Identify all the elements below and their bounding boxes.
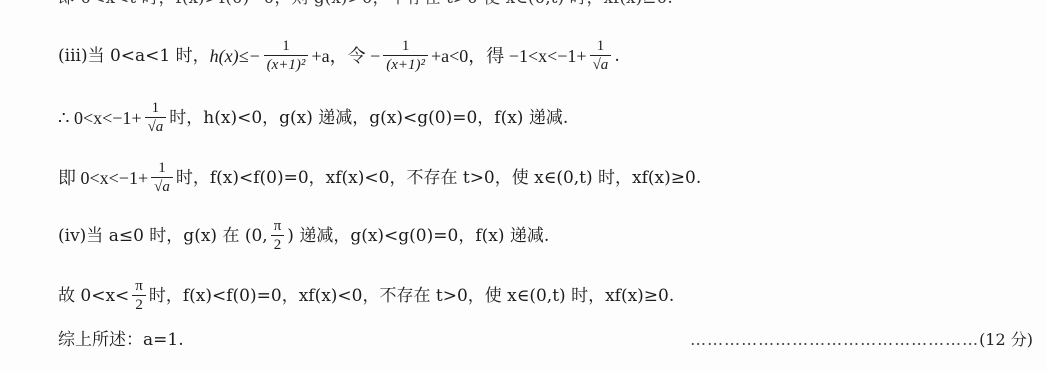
fraction: 1 √a xyxy=(145,100,167,136)
line-text: 时，f(x)<f(0)=0，xf(x)<0，不存在 t>0，使 x∈(0,t) … xyxy=(176,168,701,188)
fraction-numerator: π xyxy=(271,218,285,235)
math-text: +a<0，得 −1<x<−1+ xyxy=(431,46,587,66)
fraction-numerator: 1 xyxy=(155,160,169,177)
fraction: 1 (x+1)² xyxy=(383,38,428,74)
conclusion-line: 综上所述：a=1. xyxy=(58,330,184,350)
fraction-numerator: 1 xyxy=(399,38,413,55)
fraction-denominator: √a xyxy=(151,177,173,196)
fraction: 1 √a xyxy=(590,38,612,74)
fraction-numerator: π xyxy=(132,278,146,295)
line-text: ) 递减，g(x)<g(0)=0，f(x) 递减. xyxy=(287,226,549,246)
period: . xyxy=(614,46,619,66)
case-iii-line: (iii)当 0<a<1 时， h(x)≤− 1 (x+1)² +a，令 − 1… xyxy=(58,38,620,74)
solution-page: 即 0<x<t 时，f(x)>f(0)=0，则 g(x)>0，不存在 t>0 使… xyxy=(0,0,1047,373)
case-iv-line: (iv)当 a≤0 时，g(x) 在 (0, π 2 ) 递减，g(x)<g(0… xyxy=(58,218,549,254)
math-text: +a，令 − xyxy=(311,46,380,66)
fraction-denominator: 2 xyxy=(271,235,285,254)
fraction: π 2 xyxy=(271,218,285,254)
fraction-denominator: (x+1)² xyxy=(383,55,428,74)
conclusion-text: 综上所述：a=1. xyxy=(58,330,184,350)
fraction-numerator: 1 xyxy=(149,100,163,117)
fraction-denominator: 2 xyxy=(132,295,146,314)
score-label: (12 分) xyxy=(979,330,1033,349)
fraction-denominator: √a xyxy=(145,117,167,136)
fraction-numerator: 1 xyxy=(279,38,293,55)
math-text: 即 0<x<−1+ xyxy=(58,168,148,188)
fraction-denominator: √a xyxy=(590,55,612,74)
line-text: (iv)当 a≤0 时，g(x) 在 (0, xyxy=(58,226,268,246)
clipped-text: 即 0<x<t 时，f(x)>f(0)=0，则 g(x)>0，不存在 t>0 使… xyxy=(58,0,673,8)
line-text: 时，h(x)<0，g(x) 递减，g(x)<g(0)=0，f(x) 递减. xyxy=(169,108,568,128)
therefore-line: ∴ 0<x<−1+ 1 √a 时，h(x)<0，g(x) 递减，g(x)<g(0… xyxy=(58,100,568,136)
fraction: 1 √a xyxy=(151,160,173,196)
line-text: 时，f(x)<f(0)=0，xf(x)<0，不存在 t>0，使 x∈(0,t) … xyxy=(149,286,674,306)
fraction: 1 (x+1)² xyxy=(264,38,309,74)
hence-line: 故 0<x< π 2 时，f(x)<f(0)=0，xf(x)<0，不存在 t>0… xyxy=(58,278,674,314)
fraction-denominator: (x+1)² xyxy=(264,55,309,74)
case-iii-prefix: (iii)当 0<a<1 时， xyxy=(58,46,210,66)
fraction: π 2 xyxy=(132,278,146,314)
math-text: h(x)≤− xyxy=(210,46,261,66)
score-marker: ……………………………………………(12 分) xyxy=(690,330,1033,350)
clipped-top-line: 即 0<x<t 时，f(x)>f(0)=0，则 g(x)>0，不存在 t>0 使… xyxy=(58,0,673,8)
dot-leader: …………………………………………… xyxy=(690,330,979,349)
namely-line: 即 0<x<−1+ 1 √a 时，f(x)<f(0)=0，xf(x)<0，不存在… xyxy=(58,160,701,196)
fraction-numerator: 1 xyxy=(594,38,608,55)
math-text: ∴ 0<x<−1+ xyxy=(58,108,142,128)
line-text: 故 0<x< xyxy=(58,286,129,306)
